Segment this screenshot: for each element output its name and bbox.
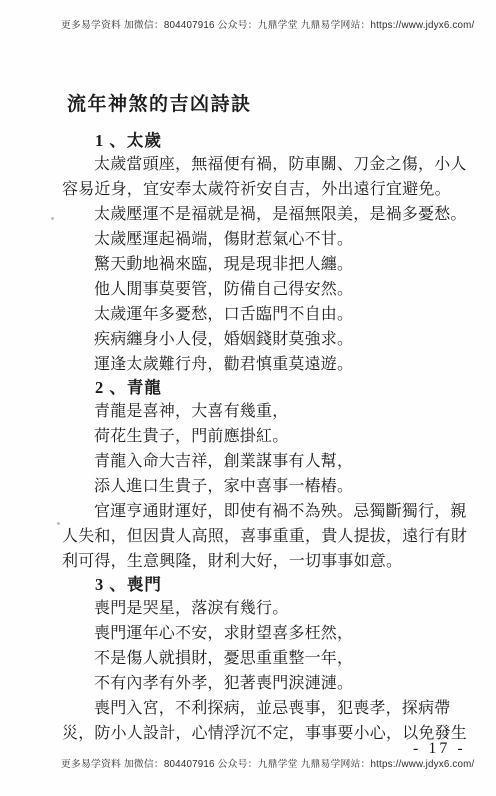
section-taisui: 1 、太歲 太歲當頭座，無福便有禍，防車關、刀金之傷，小人 容易近身，宜安奉太歲… <box>62 130 446 377</box>
text-line: 太歲壓運起禍端，傷財惹氣心不甘。 <box>62 227 446 252</box>
text-line: 利可得，生意興隆，財利大好，一切事事如意。 <box>62 549 446 574</box>
text-line: 太歲壓運不是福就是禍，是福無限美，是禍多憂愁。 <box>62 202 446 227</box>
text-line: 荷花生貴子，門前應掛紅。 <box>62 424 446 449</box>
text-line: 他人閒事莫要管，防備自己得安然。 <box>62 277 446 302</box>
text-line: 喪門入宮，不利探病，並忌喪事，犯喪孝，探病帶 <box>62 696 446 721</box>
page-title: 流年神煞的吉凶詩訣 <box>62 92 446 116</box>
scan-speck <box>51 217 54 220</box>
text-line: 運逢太歲難行舟，勸君慎重莫遠遊。 <box>62 352 446 377</box>
text-line: 添人進口生貴子，家中喜事一樁樁。 <box>62 474 446 499</box>
text-line: 驚天動地禍來臨，現是現非把人纏。 <box>62 252 446 277</box>
text-line: 災，防小人設計，心情浮沉不定，事事要小心，以免發生 <box>62 721 446 746</box>
header-watermark-note: 更多易学资料 加微信：804407916 公众号：九鼎学堂 九鼎易学网站：htt… <box>61 16 474 31</box>
footer-watermark-note: 更多易学资料 加微信：804407916 公众号：九鼎学堂 九鼎易学网站：htt… <box>61 755 474 770</box>
text-line: 人失和，但因貴人高照，喜事重重，貴人提拔，遠行有財 <box>62 524 446 549</box>
text-line: 青龍入命大吉祥，創業謀事有人幫， <box>62 449 446 474</box>
text-line: 喪門是哭星，落淚有幾行。 <box>62 596 446 621</box>
section-sangmen: 3 、喪門 喪門是哭星，落淚有幾行。 喪門運年心不安，求財望喜多枉然， 不是傷人… <box>62 574 446 746</box>
text-line: 青龍是喜神，大喜有幾重， <box>62 399 446 424</box>
section-heading: 3 、喪門 <box>62 574 446 596</box>
scan-speck <box>57 522 60 525</box>
text-line: 容易近身，宜安奉太歲符祈安自吉，外出遠行宜避免。 <box>62 177 446 202</box>
section-heading: 2 、青龍 <box>62 377 446 399</box>
page-content: 流年神煞的吉凶詩訣 1 、太歲 太歲當頭座，無福便有禍，防車關、刀金之傷，小人 … <box>62 92 446 746</box>
scanned-page: 更多易学资料 加微信：804407916 公众号：九鼎学堂 九鼎易学网站：htt… <box>0 0 496 796</box>
text-line: 官運亨通財運好，即使有禍不為殃。忌獨斷獨行，親 <box>62 499 446 524</box>
section-heading: 1 、太歲 <box>62 130 446 152</box>
text-line: 太歲當頭座，無福便有禍，防車關、刀金之傷，小人 <box>62 152 446 177</box>
text-line: 不是傷人就損財，憂思重重整一年， <box>62 646 446 671</box>
text-line: 太歲運年多憂愁，口舌臨門不自由。 <box>62 302 446 327</box>
text-line: 不有內孝有外孝，犯著喪門淚漣漣。 <box>62 671 446 696</box>
text-line: 喪門運年心不安，求財望喜多枉然， <box>62 621 446 646</box>
text-line: 疾病纏身小人侵，婚姻錢財莫強求。 <box>62 327 446 352</box>
section-qinglong: 2 、青龍 青龍是喜神，大喜有幾重， 荷花生貴子，門前應掛紅。 青龍入命大吉祥，… <box>62 377 446 574</box>
scan-speck <box>150 487 153 490</box>
